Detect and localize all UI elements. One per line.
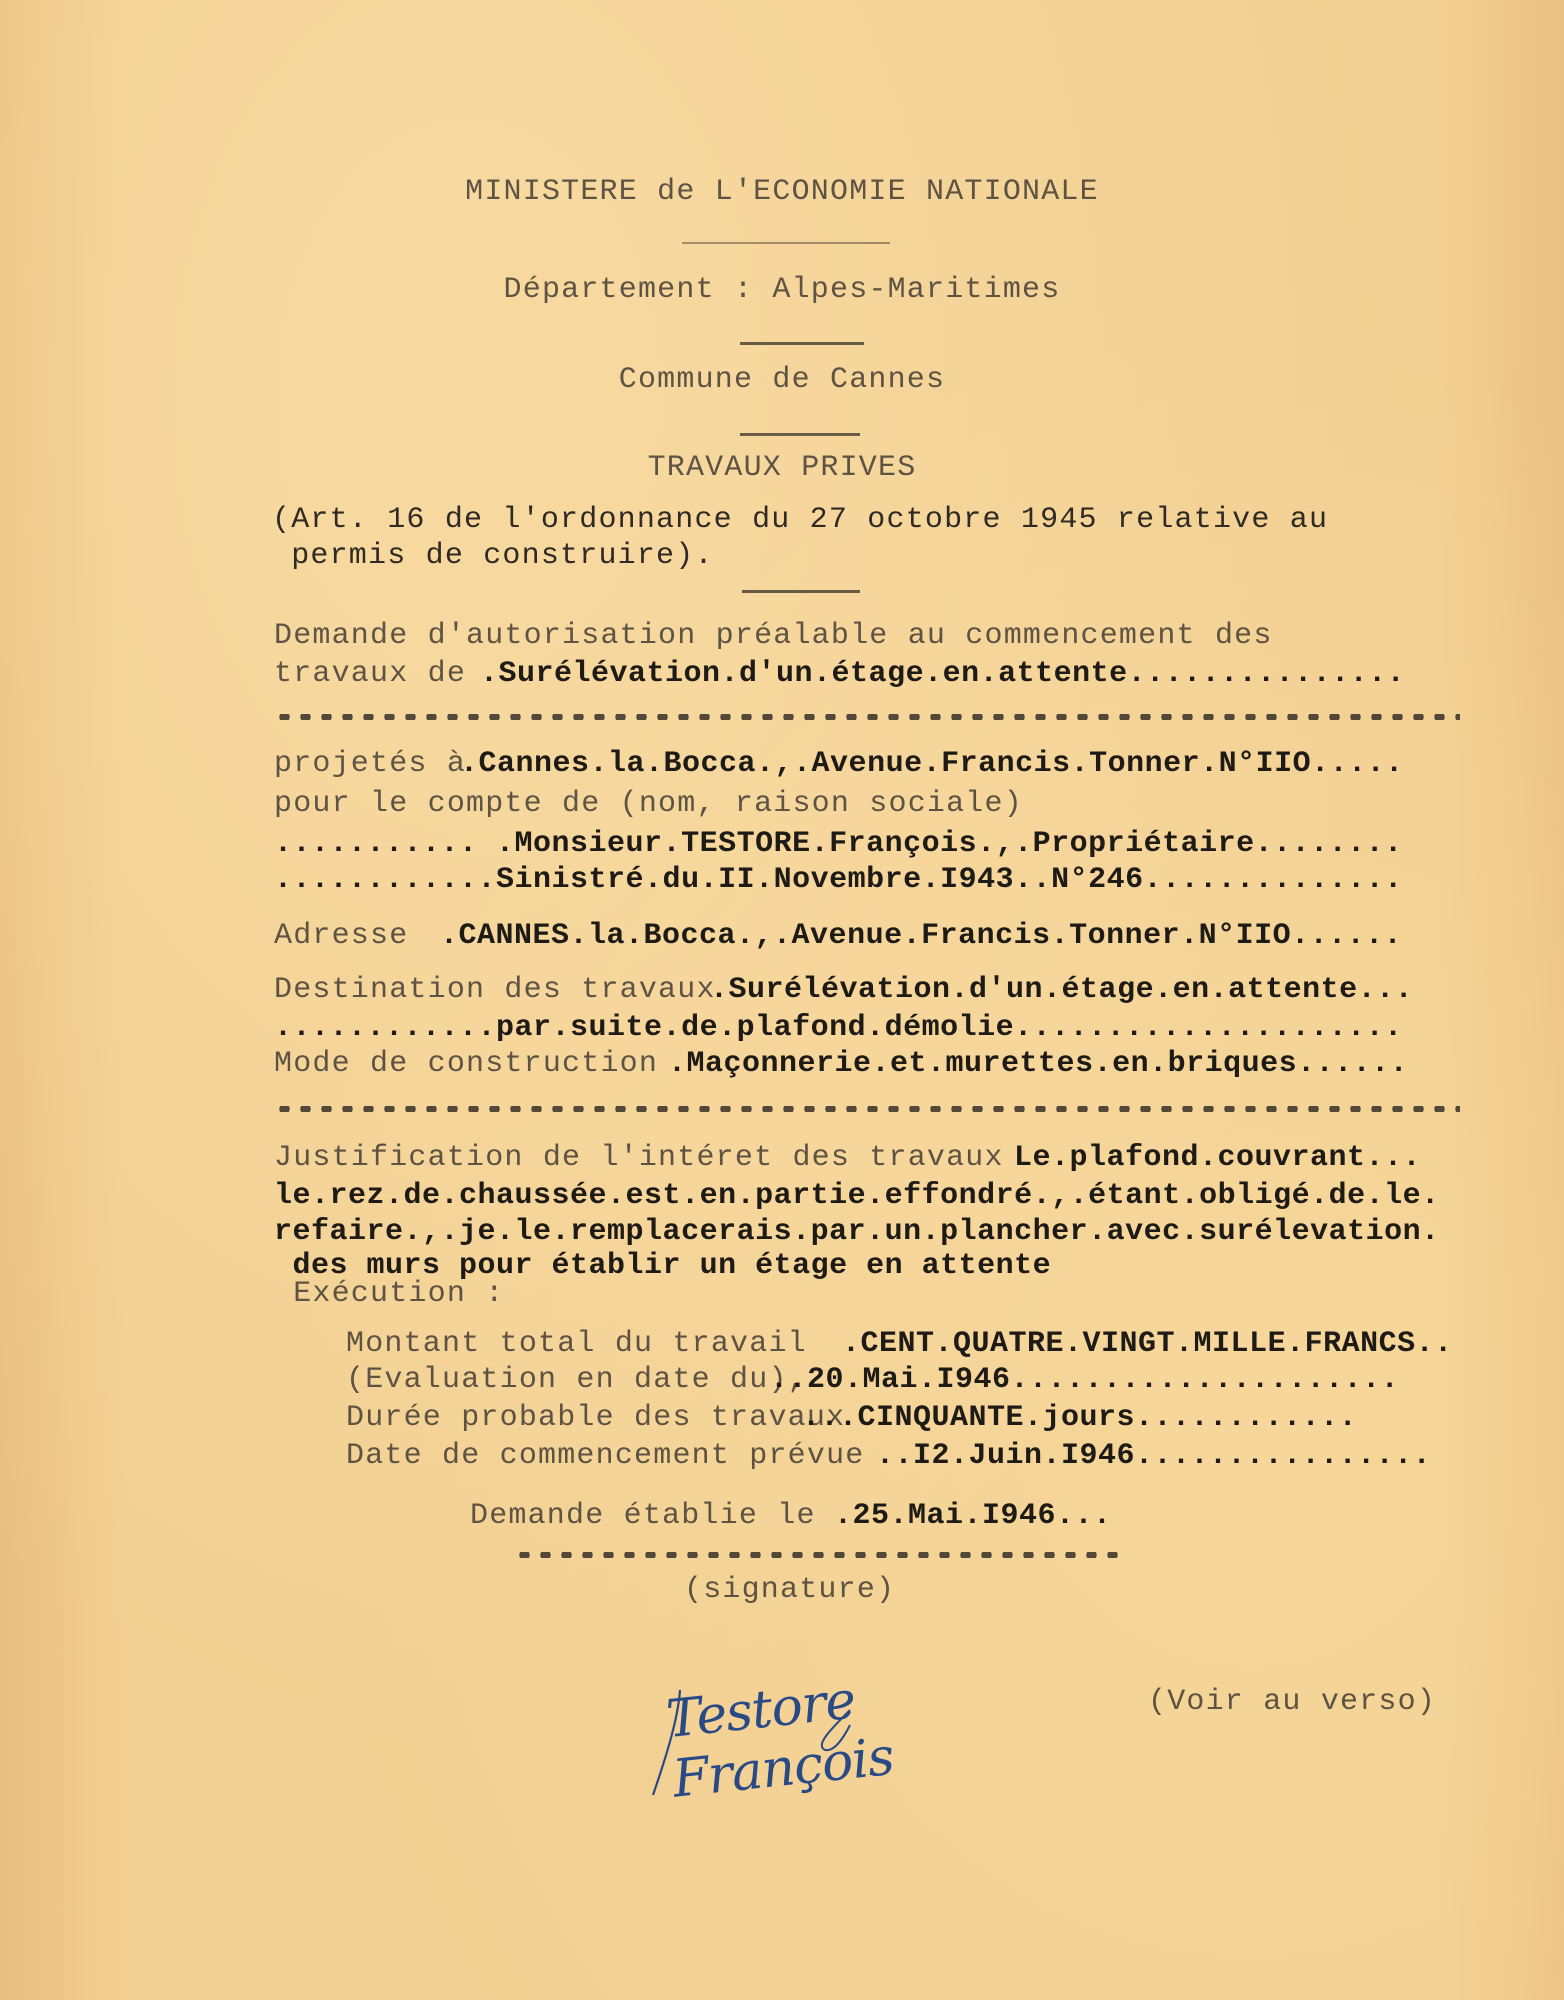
- document-title: TRAVAUX PRIVES: [0, 450, 1564, 486]
- department-heading: Département : Alpes-Maritimes: [0, 272, 1564, 308]
- demande-label: Demande d'autorisation préalable au comm…: [274, 618, 1273, 654]
- etablie-label: Demande établie le: [470, 1498, 816, 1534]
- separator: [742, 590, 860, 593]
- dotted-fill-line: [274, 1106, 1460, 1112]
- mode-label: Mode de construction: [274, 1046, 658, 1082]
- justification-label: Justification de l'intéret des travaux: [274, 1140, 1004, 1176]
- projetes-value: .Cannes.la.Bocca.,.Avenue.Francis.Tonner…: [460, 746, 1404, 782]
- projetes-label: projetés à: [274, 746, 466, 782]
- travaux-label: travaux de: [274, 656, 466, 692]
- duree-label: Durée probable des travaux: [346, 1400, 845, 1436]
- article-reference-line1: (Art. 16 de l'ordonnance du 27 octobre 1…: [272, 502, 1328, 538]
- separator: [682, 242, 890, 244]
- article-reference-line2: permis de construire).: [272, 538, 714, 574]
- ministry-heading: MINISTERE de L'ECONOMIE NATIONALE: [0, 174, 1564, 210]
- destination-label: Destination des travaux: [274, 972, 716, 1008]
- adresse-label: Adresse: [274, 918, 408, 954]
- execution-label: Exécution :: [274, 1276, 504, 1312]
- travaux-value: .Surélévation.d'un.étage.en.attente.....…: [480, 656, 1405, 692]
- adresse-value: .CANNES.la.Bocca.,.Avenue.Francis.Tonner…: [440, 918, 1402, 954]
- dotted-fill-line: [274, 714, 1460, 720]
- date-debut-value: ..I2.Juin.I946................: [876, 1438, 1431, 1474]
- montant-label: Montant total du travail: [346, 1326, 807, 1362]
- justification-value-line3: refaire.,.je.le.remplacerais.par.un.plan…: [274, 1214, 1440, 1250]
- verso-note: (Voir au verso): [1148, 1684, 1436, 1720]
- commune-heading: Commune de Cannes: [0, 362, 1564, 398]
- destination-value-line2: ............par.suite.de.plafond.démolie…: [274, 1010, 1403, 1046]
- compte-value-line2: ............Sinistré.du.II.Novembre.I943…: [274, 862, 1403, 898]
- justification-value-line2: le.rez.de.chaussée.est.en.partie.effondr…: [274, 1178, 1440, 1214]
- signature-label: (signature): [684, 1572, 895, 1608]
- mode-value: .Maçonnerie.et.murettes.en.briques......: [668, 1046, 1408, 1082]
- evaluation-value: ..20.Mai.I946.....................: [770, 1362, 1399, 1398]
- justification-value-line1: Le.plafond.couvrant...: [1014, 1140, 1421, 1176]
- duree-value: ...CINQUANTE.jours............: [802, 1400, 1357, 1436]
- destination-value-line1: .Surélévation.d'un.étage.en.attente...: [710, 972, 1413, 1008]
- separator: [740, 433, 860, 436]
- compte-label: pour le compte de (nom, raison sociale): [274, 786, 1023, 822]
- etablie-value: .25.Mai.I946...: [834, 1498, 1112, 1534]
- document-page: MINISTERE de L'ECONOMIE NATIONALE Départ…: [0, 0, 1564, 2000]
- handwritten-signature: Testore François: [650, 1680, 1030, 1800]
- evaluation-label: (Evaluation en date du),: [346, 1362, 807, 1398]
- signature-dotted-line: [514, 1552, 1128, 1558]
- compte-value-line1: ........... .Monsieur.TESTORE.François.,…: [274, 826, 1403, 862]
- date-debut-label: Date de commencement prévue: [346, 1438, 864, 1474]
- montant-value: .CENT.QUATRE.VINGT.MILLE.FRANCS..: [842, 1326, 1453, 1362]
- separator: [740, 342, 864, 345]
